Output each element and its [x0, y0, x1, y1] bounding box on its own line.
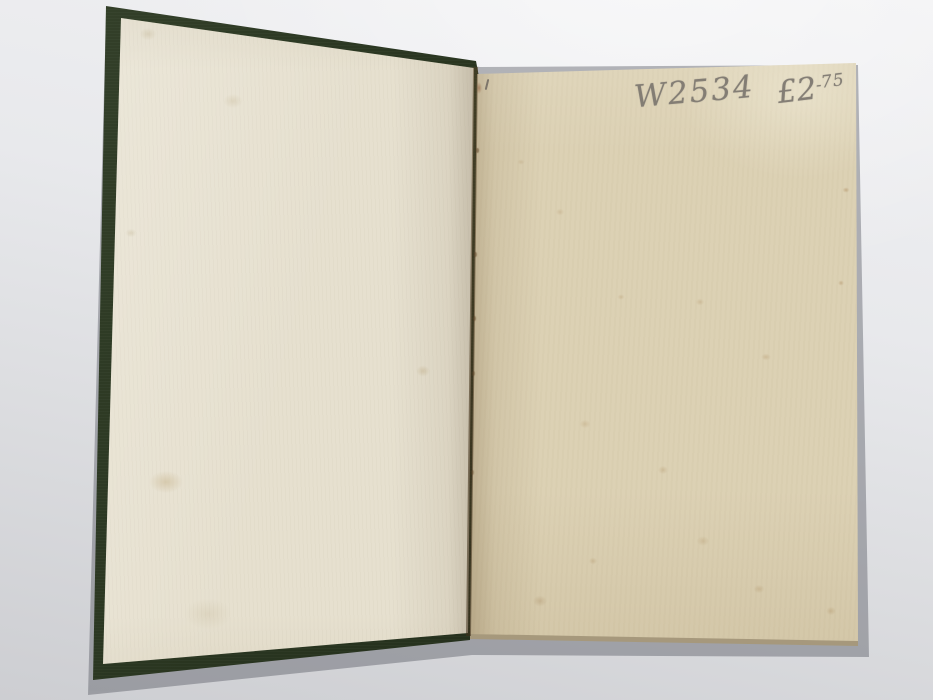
photo-backdrop: W2534 £2-75 [0, 0, 933, 700]
price-pence: 75 [820, 70, 846, 93]
gutter-foxing-specks [0, 0, 3, 5]
price-pounds: £2 [775, 71, 819, 112]
